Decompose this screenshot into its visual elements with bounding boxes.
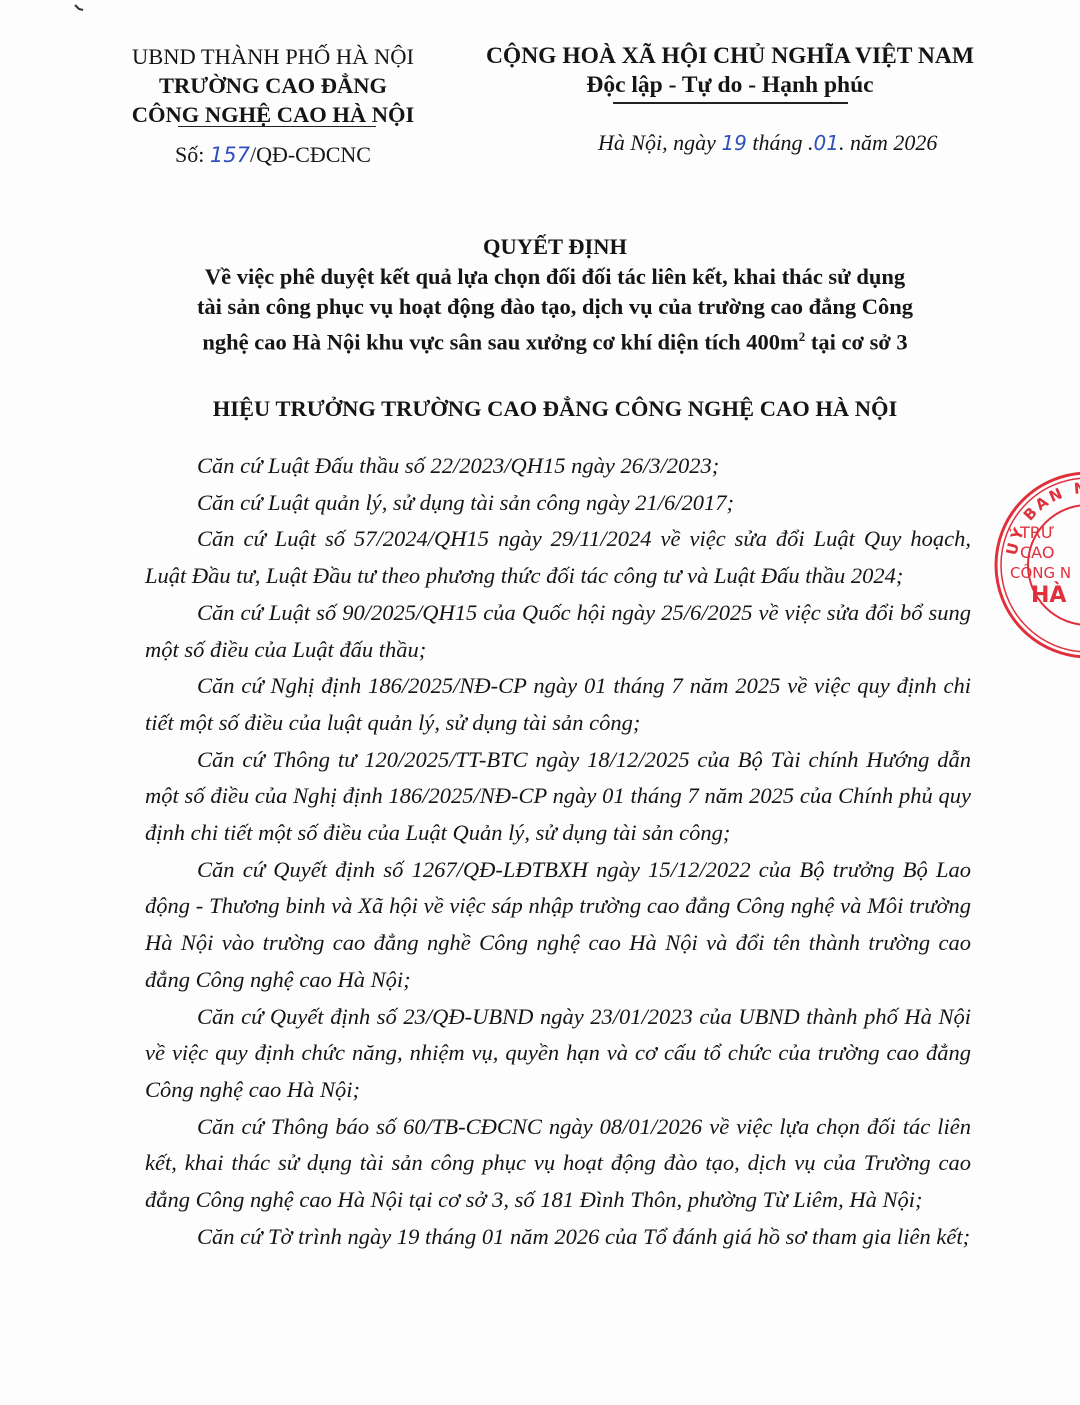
scan-mark-icon (74, 4, 84, 12)
legal-basis-item: Căn cứ Luật Đấu thầu số 22/2023/QH15 ngà… (145, 448, 971, 485)
motto-underline (613, 102, 848, 104)
handwritten-day: 19 (721, 131, 746, 155)
month-prefix: tháng . (747, 130, 814, 155)
handwritten-month: 01 (814, 131, 839, 155)
seal-line4: HÀ (1031, 582, 1066, 608)
document-number: Số: 157/QĐ-CĐCNC (105, 140, 441, 170)
decision-heading: QUYẾT ĐỊNH (135, 232, 975, 262)
legal-basis-item: Căn cứ Nghị định 186/2025/NĐ-CP ngày 01 … (145, 668, 971, 741)
legal-basis-item: Căn cứ Luật số 90/2025/QH15 của Quốc hội… (145, 595, 971, 668)
number-label: Số: (175, 142, 210, 167)
authority-heading: HIỆU TRƯỞNG TRƯỜNG CAO ĐẲNG CÔNG NGHỆ CA… (135, 396, 975, 422)
subject-text: nghệ cao Hà Nội khu vực sân sau xưởng cơ… (202, 330, 798, 355)
handwritten-number: 157 (210, 143, 250, 167)
decision-subject-line3: nghệ cao Hà Nội khu vực sân sau xưởng cơ… (135, 322, 975, 358)
date-prefix: Hà Nội, ngày (598, 130, 721, 155)
organization-name-line2: CÔNG NGHỆ CAO HÀ NỘI (132, 100, 415, 129)
legal-basis-item: Căn cứ Tờ trình ngày 19 tháng 01 năm 202… (145, 1219, 971, 1256)
legal-basis-item: Căn cứ Luật số 57/2024/QH15 ngày 29/11/2… (145, 521, 971, 594)
national-header-block: CỘNG HOÀ XÃ HỘI CHỦ NGHĨA VIỆT NAM Độc l… (470, 42, 990, 104)
document-page: UBND THÀNH PHỐ HÀ NỘI TRƯỜNG CAO ĐẲNG CÔ… (0, 0, 1080, 1405)
seal-line2: CAO (1020, 543, 1054, 562)
parent-authority: UBND THÀNH PHỐ HÀ NỘI (105, 42, 441, 71)
decision-subject-line1: Về việc phê duyệt kết quả lựa chọn đối đ… (135, 262, 975, 292)
national-motto: Độc lập - Tự do - Hạnh phúc (470, 71, 990, 100)
seal-line3: CÔNG N (1010, 563, 1071, 582)
nation-name: CỘNG HOÀ XÃ HỘI CHỦ NGHĨA VIỆT NAM (470, 42, 990, 71)
legal-basis-item: Căn cứ Thông báo số 60/TB-CĐCNC ngày 08/… (145, 1109, 971, 1219)
decision-title-block: QUYẾT ĐỊNH Về việc phê duyệt kết quả lựa… (135, 232, 975, 358)
subject-text-end: tại cơ sở 3 (805, 330, 907, 355)
seal-line1: TRƯ (1019, 523, 1055, 542)
issue-date: Hà Nội, ngày 19 tháng .01. năm 2026 (598, 130, 937, 156)
issuing-authority-block: UBND THÀNH PHỐ HÀ NỘI TRƯỜNG CAO ĐẲNG CÔ… (105, 42, 441, 170)
number-suffix: /QĐ-CĐCNC (250, 142, 371, 167)
legal-basis-item: Căn cứ Quyết định số 1267/QĐ-LĐTBXH ngày… (145, 852, 971, 999)
legal-basis-item: Căn cứ Luật quản lý, sử dụng tài sản côn… (145, 485, 971, 522)
year-text: . năm 2026 (839, 130, 937, 155)
legal-basis-list: Căn cứ Luật Đấu thầu số 22/2023/QH15 ngà… (145, 448, 971, 1255)
legal-basis-item: Căn cứ Quyết định số 23/QĐ-UBND ngày 23/… (145, 999, 971, 1109)
organization-name-text: CÔNG NGHỆ CAO HÀ NỘI (132, 102, 415, 127)
official-seal-icon: UỶ BAN NHÂN DÂN TRƯ CAO CÔNG N HÀ (993, 470, 1080, 660)
underline-rule (178, 126, 377, 128)
legal-basis-item: Căn cứ Thông tư 120/2025/TT-BTC ngày 18/… (145, 742, 971, 852)
organization-name-line1: TRƯỜNG CAO ĐẲNG (105, 71, 441, 100)
decision-subject-line2: tài sản công phục vụ hoạt động đào tạo, … (135, 292, 975, 322)
